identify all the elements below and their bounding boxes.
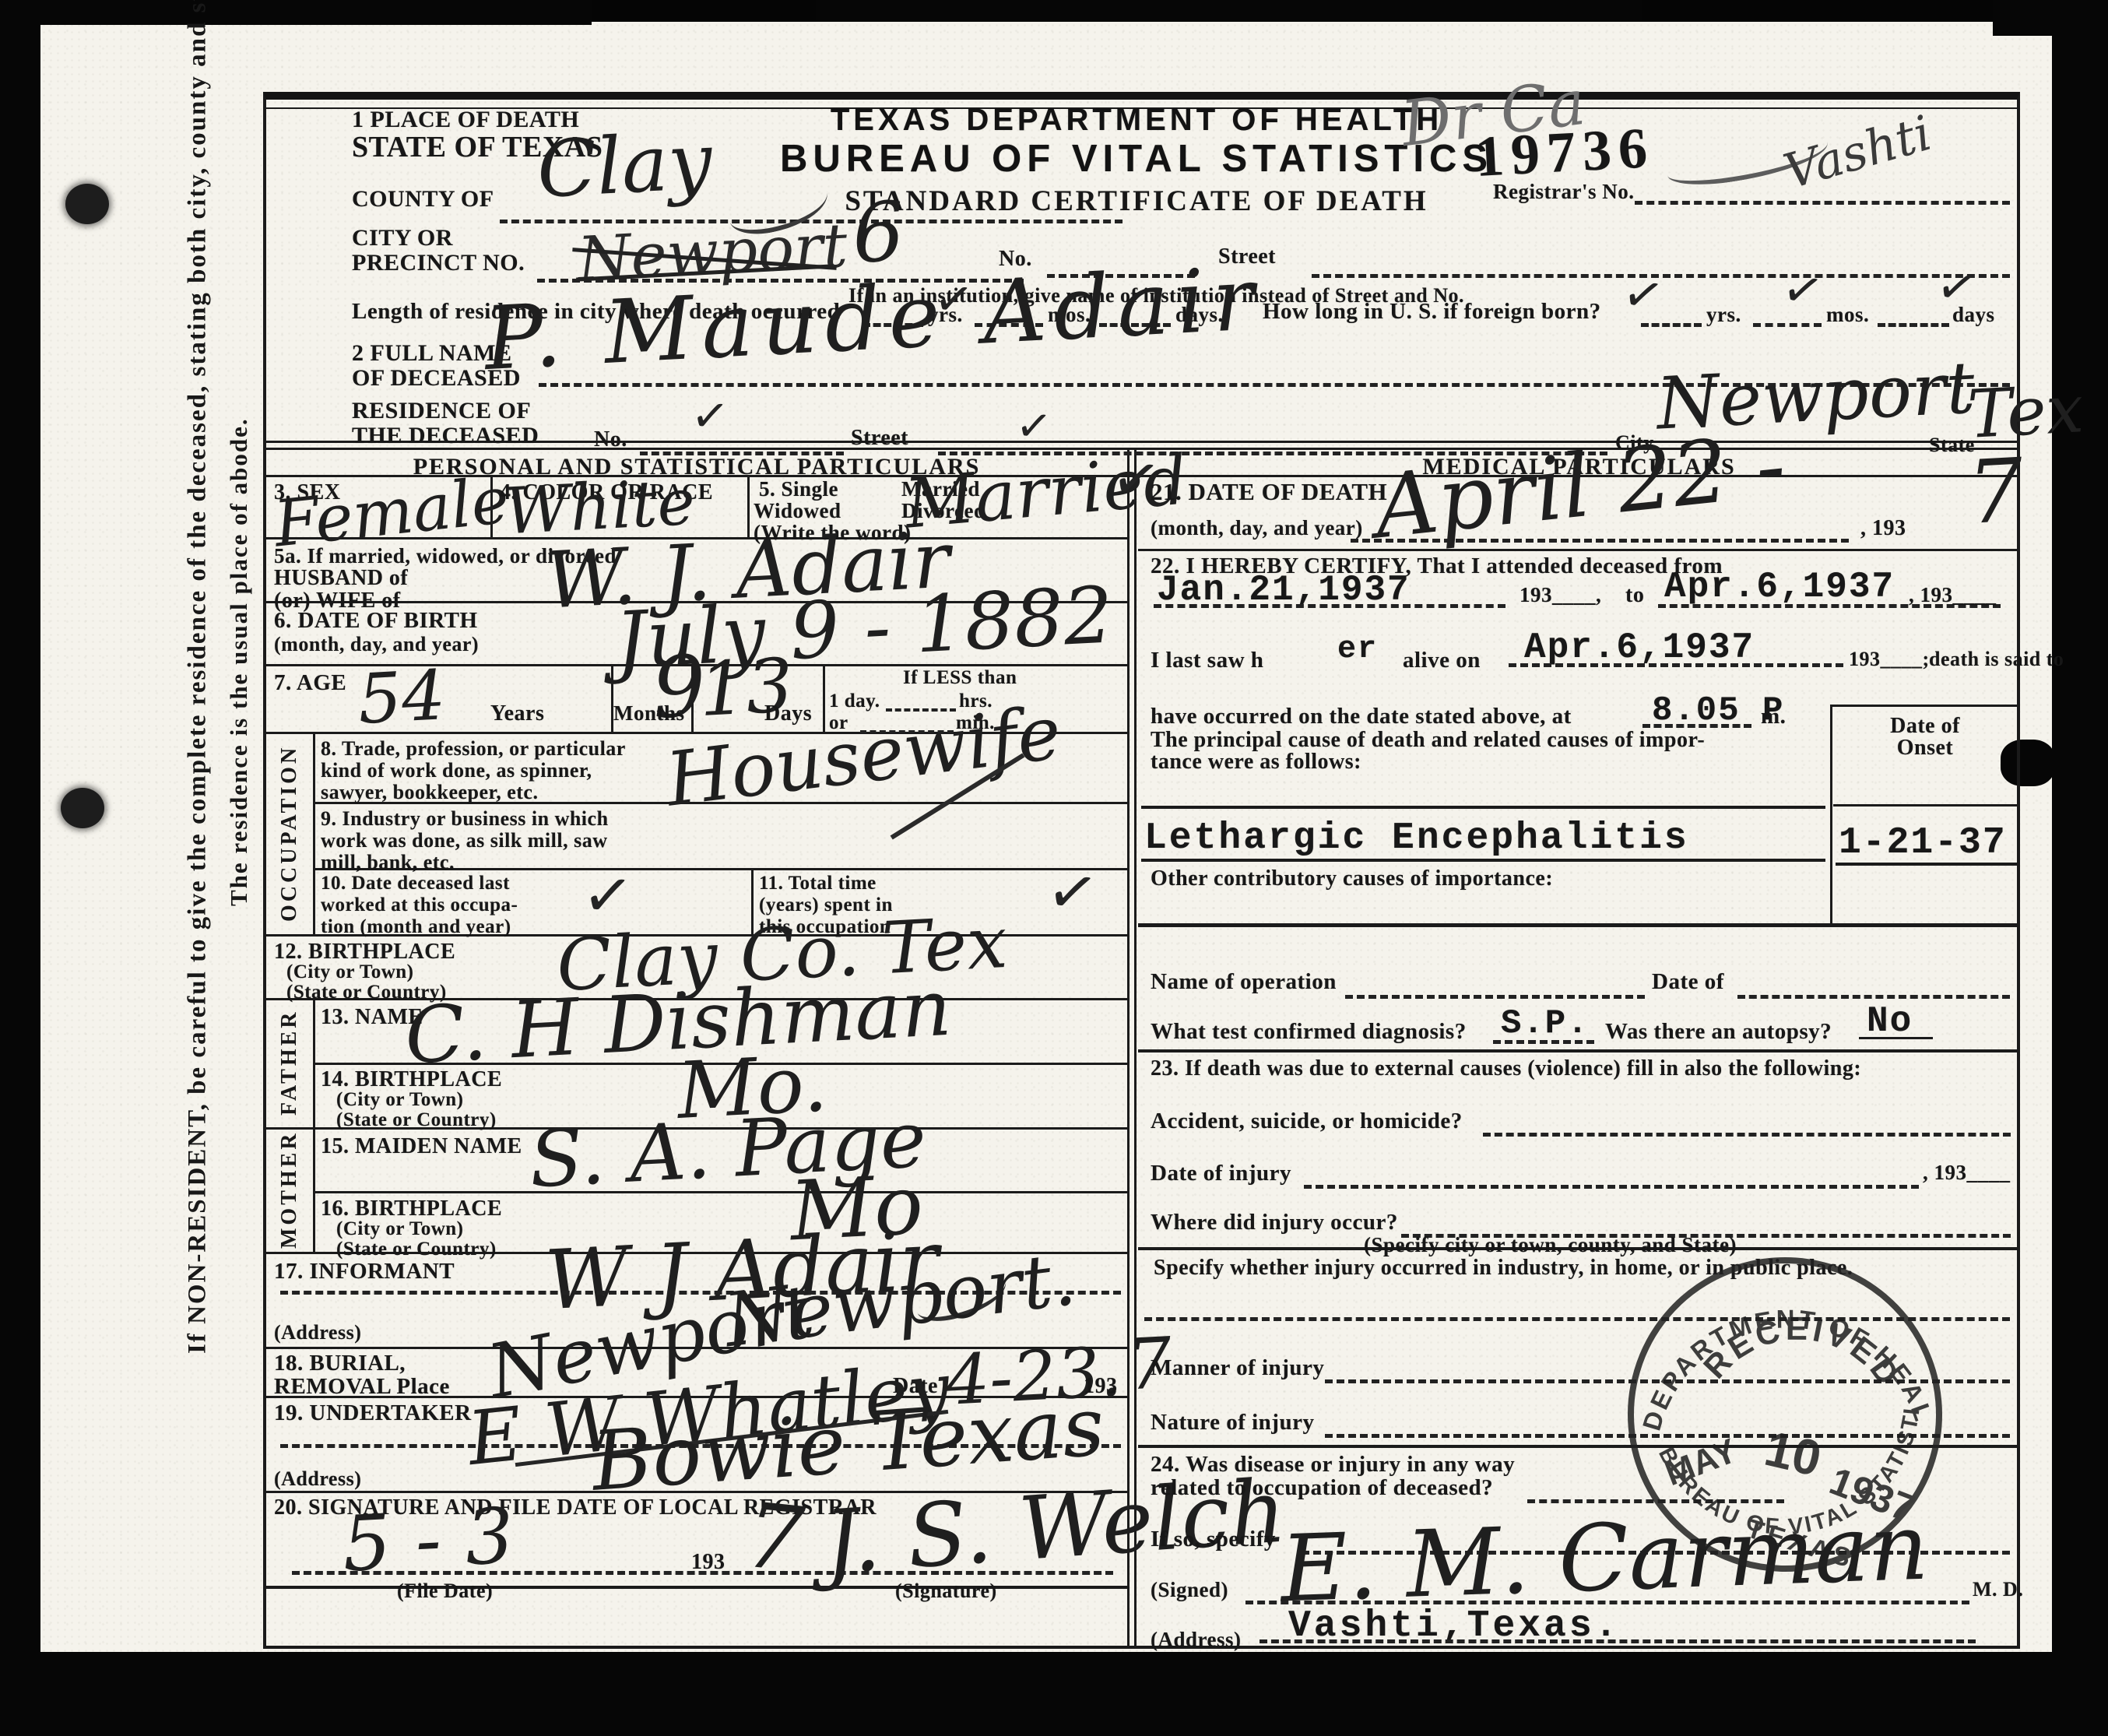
dotted-line bbox=[1351, 539, 1849, 543]
q24-label-1: 24. Was disease or injury in any way bbox=[1151, 1453, 1515, 1476]
cause-of-death-value: Lethargic Encephalitis bbox=[1144, 817, 1689, 859]
test-label: What test confirmed diagnosis? bbox=[1151, 1020, 1467, 1043]
scan-edge-top-middle bbox=[816, 0, 1642, 22]
occupation-side-label: OCCUPATION bbox=[268, 732, 311, 934]
file-year-written: 7 bbox=[742, 1495, 807, 1582]
registrar-no-label: Registrar's No. bbox=[1493, 181, 1634, 202]
city-or-town-label: (City or Town) bbox=[286, 962, 414, 982]
bureau-title: BUREAU OF VITAL STATISTICS bbox=[778, 137, 1495, 181]
dotted-line bbox=[1304, 1185, 1919, 1189]
dotted-line bbox=[1878, 323, 1949, 327]
margin-note-nonresident: If NON-RESIDENT, be careful to give the … bbox=[177, 66, 218, 1234]
q24-label-2: related to occupation of deceased? bbox=[1151, 1476, 1493, 1499]
scan-edge-top-left bbox=[0, 0, 592, 25]
lastsaw-year-blank: 193____; bbox=[1849, 648, 1930, 669]
precinct-value: 6 bbox=[851, 195, 907, 271]
date-of-onset-label-2: Onset bbox=[1830, 736, 2020, 759]
department-title: TEXAS DEPARTMENT OF HEALTH bbox=[786, 103, 1487, 138]
stamp-received-text: RECEIVED bbox=[1692, 1300, 1910, 1411]
age-label: 7. AGE bbox=[274, 671, 346, 694]
spouse-label-2: HUSBAND of bbox=[274, 567, 408, 589]
trade-label-1: 8. Trade, profession, or particular bbox=[321, 738, 626, 759]
removal-place-label: REMOVAL Place bbox=[274, 1375, 450, 1398]
marital-widowed-label: Widowed bbox=[754, 500, 841, 522]
injury-where-label: Where did injury occur? bbox=[1151, 1211, 1398, 1234]
trade-label-3: sawyer, bookkeeper, etc. bbox=[321, 782, 538, 803]
rule-line bbox=[1138, 923, 2020, 927]
rule-line bbox=[1138, 1049, 2020, 1052]
file-year-printed: 193 bbox=[691, 1551, 726, 1573]
dod-year-written: 7 bbox=[1966, 452, 2025, 532]
cell-divider bbox=[313, 1127, 315, 1252]
column-divider bbox=[1127, 448, 1130, 1649]
accident-label: Accident, suicide, or homicide? bbox=[1151, 1109, 1463, 1133]
dotted-line bbox=[1483, 1133, 2011, 1137]
year-blank: , 193____ bbox=[1909, 584, 1997, 606]
months-label: Months bbox=[613, 702, 685, 724]
res-street-label: Street bbox=[851, 427, 908, 449]
cell-divider bbox=[313, 998, 315, 1127]
dotted-line bbox=[1753, 323, 1822, 327]
residence-label-2: THE DECEASED bbox=[352, 423, 539, 448]
injury-date-label: Date of injury bbox=[1151, 1161, 1291, 1185]
autopsy-label: Was there an autopsy? bbox=[1605, 1020, 1832, 1043]
to-label: to bbox=[1625, 584, 1644, 606]
punch-hole-top bbox=[65, 184, 109, 224]
res-state-value: Tex bbox=[1966, 380, 2085, 445]
years-label: Years bbox=[490, 702, 544, 725]
undertaker-label: 19. UNDERTAKER bbox=[274, 1401, 472, 1425]
injury-year-blank: , 193____ bbox=[1923, 1161, 2011, 1183]
injury-nature-label: Nature of injury bbox=[1151, 1411, 1314, 1434]
physician-address-label: (Address) bbox=[1151, 1629, 1242, 1650]
scan-edge-bottom bbox=[0, 1652, 2108, 1736]
lastworked-label-2: worked at this occupa- bbox=[321, 895, 518, 915]
city-label-1: CITY OR bbox=[352, 226, 453, 251]
industry-label-2: work was done, as silk mill, saw bbox=[321, 830, 608, 851]
column-divider bbox=[1134, 448, 1137, 1649]
informant-address-label: (Address) bbox=[274, 1322, 361, 1343]
signature-label: (Signature) bbox=[895, 1580, 997, 1601]
alive-on-label: alive on bbox=[1403, 648, 1481, 672]
lastworked-label-1: 10. Date deceased last bbox=[321, 873, 510, 894]
date-of-death-sublabel: (month, day, and year) bbox=[1151, 517, 1363, 539]
svg-text:RECEIVED: RECEIVED bbox=[1692, 1300, 1910, 1411]
dotted-line bbox=[1245, 1601, 1969, 1604]
certificate-number-stamp: 19736 bbox=[1474, 118, 1656, 188]
dotted-line bbox=[1635, 201, 2010, 205]
dob-sublabel: (month, day, and year) bbox=[274, 634, 479, 655]
lastsaw-date-value: Apr.6,1937 bbox=[1524, 627, 1755, 668]
foreign-born-label: How long in U. S. if foreign born? bbox=[1263, 300, 1601, 323]
date-of-death-label: 21. DATE OF DEATH bbox=[1151, 480, 1387, 505]
check-mark: ✓ bbox=[579, 863, 636, 929]
lastsaw-her: er bbox=[1337, 632, 1378, 667]
occurred-label: have occurred on the date stated above, … bbox=[1151, 705, 1572, 728]
informant-label: 17. INFORMANT bbox=[274, 1260, 455, 1283]
county-value: Clay bbox=[536, 126, 714, 206]
rule-line bbox=[1138, 549, 2020, 551]
yrs-label: yrs. bbox=[1706, 304, 1741, 325]
external-causes-label: 23. If death was due to external causes … bbox=[1151, 1057, 1861, 1080]
scan-edge-right bbox=[2052, 0, 2108, 1736]
signed-label: (Signed) bbox=[1151, 1579, 1228, 1601]
dotted-line bbox=[1493, 1040, 1594, 1044]
md-label: M. D. bbox=[1973, 1579, 2023, 1600]
lastsaw-label: I last saw h bbox=[1151, 648, 1263, 672]
industry-label-3: mill, bank, etc. bbox=[321, 852, 455, 873]
onset-date-value: 1-21-37 bbox=[1839, 822, 2007, 864]
dotted-line bbox=[1260, 1639, 1976, 1643]
marital-single-label: 5. Single bbox=[759, 478, 838, 500]
check-mark: ✓ bbox=[1014, 403, 1054, 450]
if-less-label: If LESS than bbox=[903, 668, 1017, 688]
date-of-onset-label-1: Date of bbox=[1830, 715, 2020, 737]
city-label-2: PRECINCT NO. bbox=[352, 251, 525, 276]
mother-birthplace-label: 16. BIRTHPLACE bbox=[321, 1197, 502, 1220]
cell-divider bbox=[313, 732, 315, 934]
city-or-town-label: (City or Town) bbox=[336, 1219, 464, 1239]
margin-note-residence: The residence is the usual place of abod… bbox=[221, 307, 257, 1016]
undertaker-address-label: (Address) bbox=[274, 1468, 361, 1489]
state-or-country-label: (State or Country) bbox=[336, 1110, 497, 1130]
if-so-specify-label: If so, specify bbox=[1151, 1527, 1276, 1551]
father-birthplace-label: 14. BIRTHPLACE bbox=[321, 1068, 502, 1091]
test-value: S.P. bbox=[1501, 1004, 1590, 1043]
operation-date-label: Date of bbox=[1652, 970, 1724, 993]
res-no-label: No. bbox=[594, 428, 627, 451]
rule-line bbox=[1859, 1037, 1933, 1039]
contributory-label: Other contributory causes of importance: bbox=[1151, 867, 1553, 890]
rule-line bbox=[1141, 806, 1825, 809]
file-date-label: (File Date) bbox=[397, 1580, 493, 1601]
mos-label: mos. bbox=[1826, 304, 1869, 325]
year-blank: 193____, bbox=[1520, 584, 1601, 606]
city-or-town-label: (City or Town) bbox=[336, 1090, 464, 1110]
father-side-label: FATHER bbox=[268, 998, 311, 1127]
one-day-label: 1 day. bbox=[829, 691, 880, 712]
trade-label-2: kind of work done, as spinner, bbox=[321, 760, 592, 781]
dotted-line bbox=[1345, 995, 1645, 999]
dod-year-printed: , 193 bbox=[1860, 517, 1906, 539]
attended-to-value: Apr.6,1937 bbox=[1664, 567, 1895, 607]
industry-label-1: 9. Industry or business in which bbox=[321, 808, 609, 829]
file-date-value: 5 - 3 bbox=[341, 1502, 515, 1580]
dotted-line bbox=[1154, 604, 1505, 608]
scan-edge-left bbox=[0, 0, 40, 1736]
scanned-death-certificate: If NON-RESIDENT, be careful to give the … bbox=[0, 0, 2108, 1736]
lastworked-label-3: tion (month and year) bbox=[321, 917, 511, 937]
county-of-label: COUNTY OF bbox=[352, 187, 494, 212]
dotted-line bbox=[1737, 995, 2010, 999]
scan-edge-top-right bbox=[1993, 0, 2108, 36]
rule-line bbox=[1833, 804, 2020, 807]
totaltime-label-1: 11. Total time bbox=[759, 873, 877, 894]
punch-hole-bottom bbox=[61, 788, 104, 828]
dob-label: 6. DATE OF BIRTH bbox=[274, 609, 478, 632]
burial-label: 18. BURIAL, bbox=[274, 1351, 406, 1375]
check-mark: ✓ bbox=[1042, 859, 1103, 927]
mother-maiden-label: 15. MAIDEN NAME bbox=[321, 1135, 522, 1158]
autopsy-value: No bbox=[1867, 1001, 1913, 1042]
operation-label: Name of operation bbox=[1151, 970, 1337, 993]
mother-side-label: MOTHER bbox=[268, 1127, 311, 1252]
occurred-label-2: The principal cause of death and related… bbox=[1151, 729, 1705, 751]
m-label: m. bbox=[1761, 705, 1786, 728]
residence-label-1: RESIDENCE OF bbox=[352, 399, 531, 423]
rule-line bbox=[1830, 705, 2020, 707]
age-years-value: 54 bbox=[357, 664, 447, 730]
dotted-line bbox=[1509, 663, 1843, 667]
death-said-label: death is said to bbox=[1929, 648, 2064, 669]
birthplace-label: 12. BIRTHPLACE bbox=[274, 940, 455, 963]
injury-manner-label: Manner of injury bbox=[1151, 1356, 1324, 1379]
received-stamp: DEPARTMENT OF HEALTH BUREAU OF VITAL STA… bbox=[1586, 1216, 1983, 1612]
occurred-label-3: tance were as follows: bbox=[1151, 750, 1361, 773]
check-mark: ✓ bbox=[689, 392, 731, 441]
stamp-day: 10 bbox=[1760, 1420, 1827, 1487]
state-or-country-label: (State or Country) bbox=[336, 1239, 497, 1260]
